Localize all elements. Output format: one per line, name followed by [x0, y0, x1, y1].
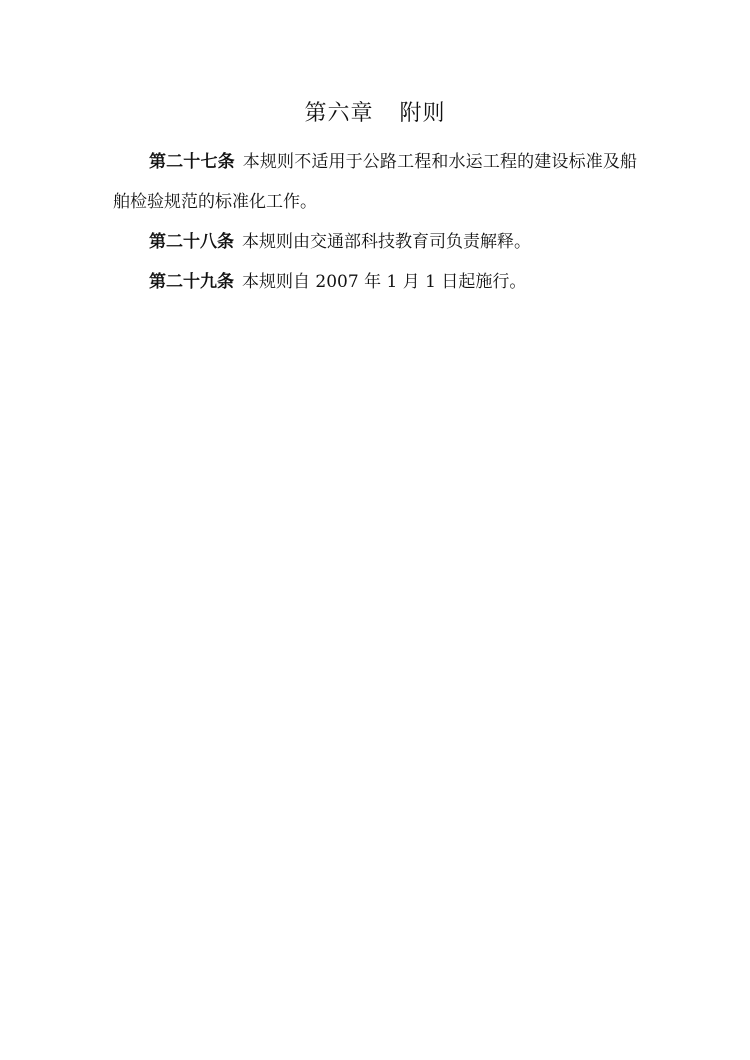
- article-28: 第二十八条本规则由交通部科技教育司负责解释。: [113, 222, 637, 262]
- article-text: 本规则由交通部科技教育司负责解释。: [242, 232, 531, 252]
- article-label: 第二十九条: [149, 272, 234, 292]
- chapter-title: 附则: [400, 101, 446, 126]
- article-label: 第二十八条: [149, 232, 234, 252]
- chapter-number: 第六章: [304, 101, 373, 126]
- chapter-heading: 第六章附则: [0, 96, 750, 127]
- article-text: 本规则自 2007 年 1 月 1 日起施行。: [242, 272, 526, 292]
- article-27: 第二十七条本规则不适用于公路工程和水运工程的建设标准及船舶检验规范的标准化工作。: [113, 142, 637, 222]
- article-label: 第二十七条: [149, 152, 235, 172]
- article-29: 第二十九条本规则自 2007 年 1 月 1 日起施行。: [113, 262, 637, 302]
